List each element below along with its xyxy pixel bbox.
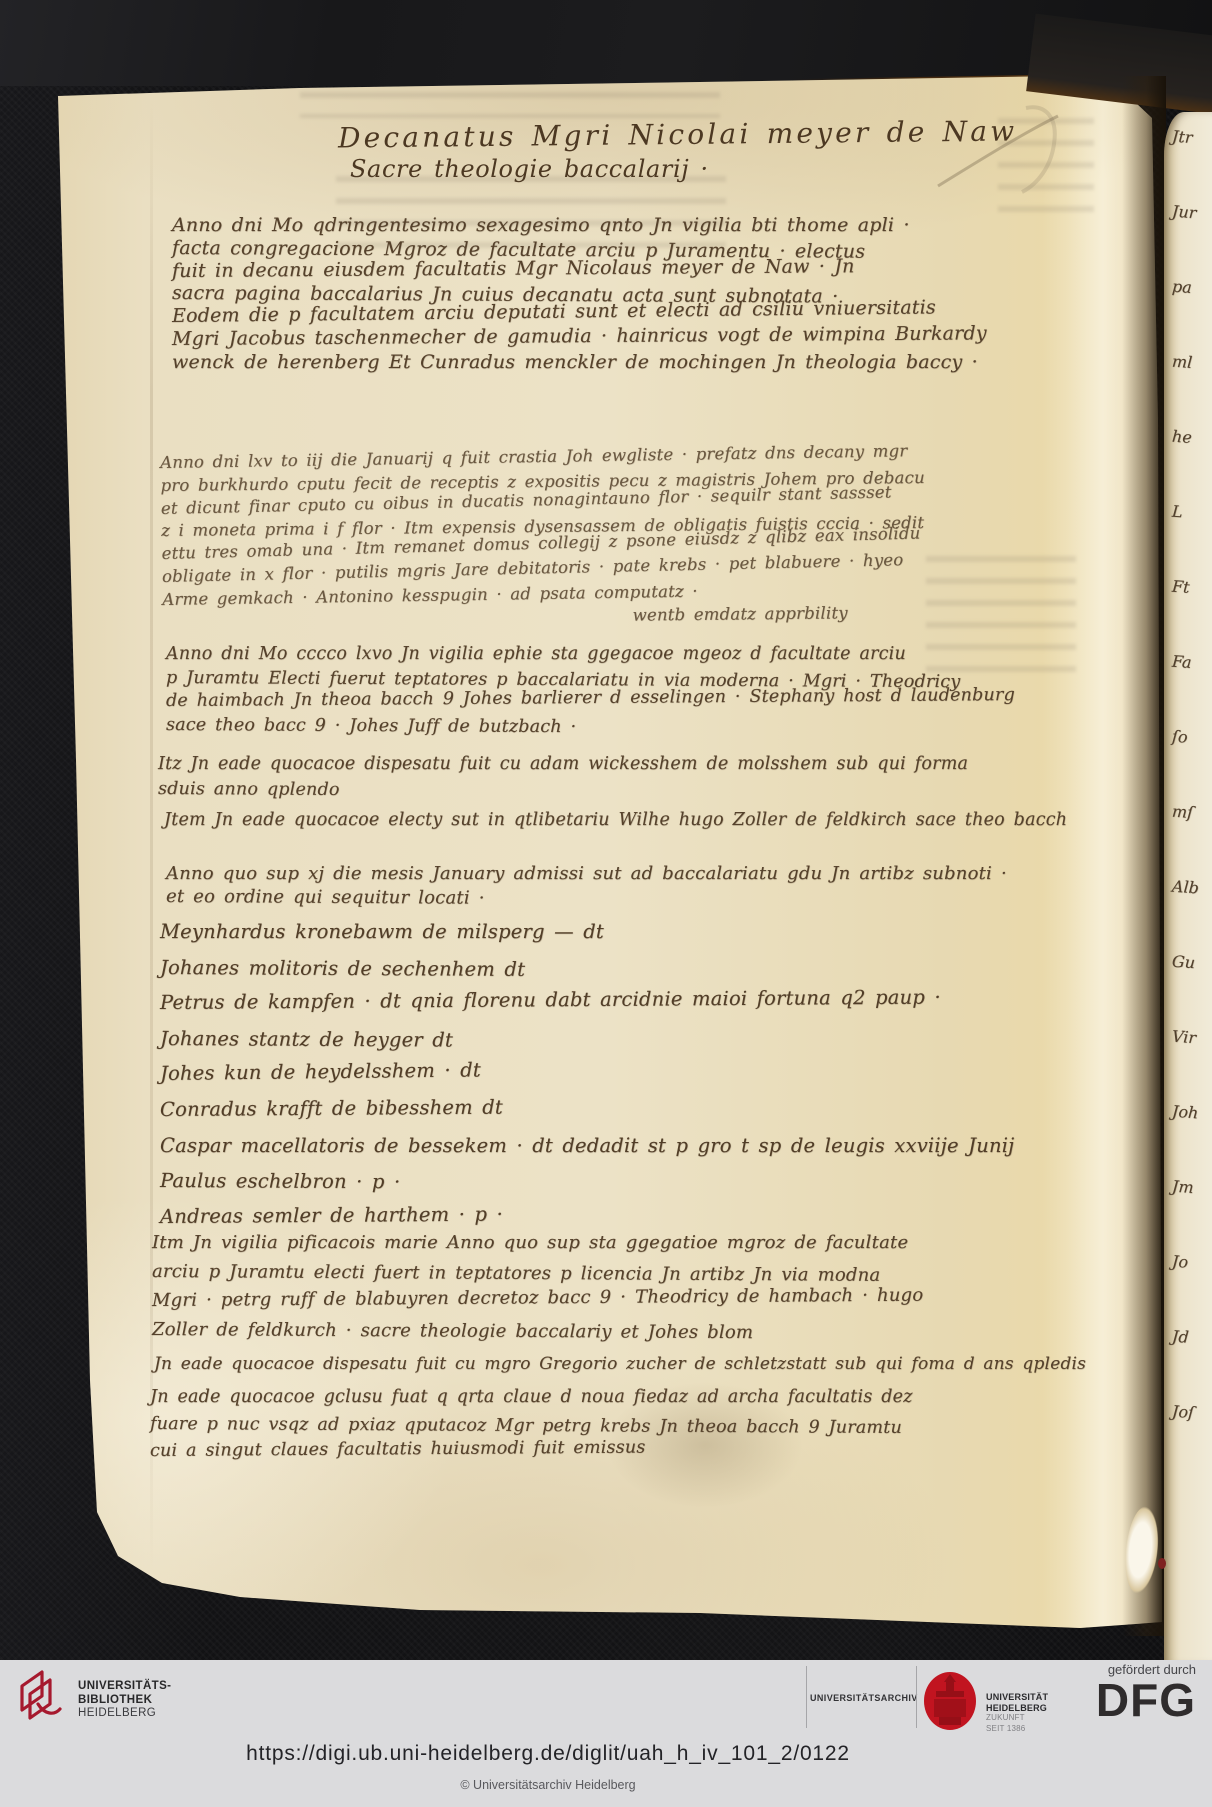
- page-gutter-shadow: [1122, 76, 1166, 1636]
- manuscript-line: wentb emdatz apprbility: [633, 601, 928, 627]
- manuscript-line: Jtem Jn eade quocacoe electy sut in qtli…: [164, 810, 1067, 830]
- manuscript-line: sduis anno qplendo: [158, 777, 968, 806]
- ub-text-line: HEIDELBERG: [78, 1707, 171, 1721]
- line-quodlibetarius: Jtem Jn eade quocacoe electy sut in qtli…: [164, 810, 1067, 830]
- heading-line: Sacre theologie baccalarij ·: [350, 155, 1017, 183]
- manuscript-line: Anno dni Mo qdringentesimo sexagesimo qn…: [172, 214, 987, 237]
- manuscript-heading: Decanatus Mgri Nicolai meyer de Naw Sacr…: [338, 118, 1017, 183]
- universitaetsarchiv-label: UNIVERSITÄTSARCHIV: [810, 1693, 914, 1703]
- paragraph-faculty-keys: Jn eade quocacoe gclusu fuat q qrta clau…: [150, 1384, 913, 1465]
- facing-page-text-fragment: Jd: [1171, 1327, 1212, 1349]
- manuscript-line: Anno dni Mo cccco lxvo Jn vigilia ephie …: [166, 643, 1015, 667]
- uni-heidelberg-wordmark: UNIVERSITÄT HEIDELBERG ZUKUNFT SEIT 1386: [986, 1692, 1048, 1734]
- footer-divider-right: [916, 1666, 917, 1728]
- manuscript-line: cui a singut claues facultatis huiusmodi…: [150, 1433, 913, 1465]
- manuscript-line: Itm Jn vigilia pificacois marie Anno quo…: [152, 1228, 923, 1257]
- line-gregorio-dispensation: Jn eade quocacoe dispesatu fuit cu mgro …: [154, 1354, 1086, 1374]
- ub-logo-text: UNIVERSITÄTS- BIBLIOTHEK HEIDELBERG: [78, 1666, 171, 1730]
- heading-line: Decanatus Mgri Nicolai meyer de Naw: [338, 114, 1018, 154]
- facing-page-text-fragment: Gu: [1171, 952, 1212, 974]
- uni-wordmark-line: HEIDELBERG: [986, 1703, 1048, 1714]
- facing-page-text-fragment: Jm: [1171, 1177, 1212, 1199]
- manuscript-line: fuit in decanu eiusdem facultatis Mgr Ni…: [172, 254, 987, 282]
- uni-wordmark-line: ZUKUNFT: [986, 1713, 1048, 1724]
- uni-wordmark-line: SEIT 1386: [986, 1724, 1048, 1735]
- manuscript-line: Mgri Jacobus taschenmecher de gamudia · …: [172, 322, 987, 350]
- facing-page-text-fragment: Fa: [1171, 652, 1212, 674]
- facing-page-text-fragment: ſo: [1171, 727, 1212, 749]
- list-entry: Meynhardus kronebawm de milsperg — dt: [160, 914, 1014, 950]
- ub-text-line: UNIVERSITÄTS-: [78, 1680, 171, 1694]
- manuscript-line: Anno quo sup xj die mesis January admiss…: [166, 862, 1007, 885]
- ub-heidelberg-logo: UNIVERSITÄTS- BIBLIOTHEK HEIDELBERG: [14, 1666, 171, 1730]
- list-entry: Caspar macellatoris de bessekem · dt ded…: [160, 1128, 1014, 1164]
- facing-page-text-fragment: Jur: [1171, 202, 1212, 224]
- show-through-text: [300, 92, 720, 118]
- ub-logo-icon: [14, 1666, 66, 1730]
- paragraph-purification: Itm Jn vigilia pificacois marie Anno quo…: [152, 1228, 923, 1344]
- manuscript-line: Itz Jn eade quocacoe dispesatu fuit cu a…: [158, 752, 968, 777]
- manuscript-line: sace theo bacc 9 · Johes Juff de butzbac…: [166, 714, 1015, 742]
- facing-page-text-fragment: Vir: [1171, 1027, 1212, 1049]
- list-entry: Conradus krafft de bibesshem dt: [160, 1086, 1015, 1128]
- manuscript-line: Jn eade quocacoe dispesatu fuit cu mgro …: [154, 1354, 1086, 1374]
- footer-divider-left: [806, 1666, 807, 1728]
- manuscript-line: Mgri · petrg ruff de blabuyren decretoz …: [152, 1281, 924, 1315]
- facing-page-fragments: JtrJurpamlheLFtFaſomſAlbGuVirJohJmJoJdJo…: [1172, 128, 1212, 1422]
- facing-page-edge: JtrJurpamlheLFtFaſomſAlbGuVirJohJmJoJdJo…: [1164, 112, 1212, 1664]
- facing-page-text-fragment: he: [1171, 427, 1212, 449]
- left-margin-crease: [150, 96, 153, 1576]
- manuscript-line: wenck de herenberg Et Cunradus menckler …: [172, 351, 987, 374]
- paragraph-admission: Anno quo sup xj die mesis January admiss…: [166, 862, 1007, 908]
- digitized-scan: Decanatus Mgri Nicolai meyer de Naw Sacr…: [0, 0, 1212, 1807]
- admitted-baccalaureates-list: Meynhardus kronebawm de milsperg — dtJoh…: [160, 914, 1014, 1234]
- facing-page-text-fragment: Ft: [1171, 577, 1212, 599]
- red-ink-speck: [1158, 1558, 1166, 1569]
- list-entry: Petrus de kampfen · dt qnia florenu dabt…: [160, 979, 1015, 1021]
- parchment-page: Decanatus Mgri Nicolai meyer de Naw Sacr…: [0, 0, 1212, 1807]
- manuscript-line: de haimbach Jn theoa bacch 9 Johes barli…: [166, 684, 1015, 713]
- paragraph-dispensation: Itz Jn eade quocacoe dispesatu fuit cu a…: [158, 752, 968, 802]
- footer-bar: UNIVERSITÄTS- BIBLIOTHEK HEIDELBERG UNIV…: [0, 1660, 1212, 1807]
- paragraph-accounts: Anno dni lxv to iij die Januarij q fuit …: [160, 440, 927, 634]
- facing-page-text-fragment: Jo: [1171, 1252, 1212, 1274]
- dfg-funding-block: gefördert durch DFG: [1096, 1662, 1196, 1722]
- facing-page-text-fragment: L: [1171, 502, 1212, 524]
- uni-wordmark-line: UNIVERSITÄT: [986, 1692, 1048, 1703]
- copyright-note: © Universitätsarchiv Heidelberg: [0, 1778, 1154, 1792]
- dfg-logo: DFG: [1096, 1678, 1196, 1722]
- university-seal: [922, 1670, 978, 1732]
- facing-page-text-fragment: Joh: [1171, 1102, 1212, 1124]
- scan-url: https://digi.ub.uni-heidelberg.de/diglit…: [0, 1742, 1154, 1766]
- facing-page-text-fragment: Joſ: [1171, 1402, 1212, 1424]
- ub-text-line: BIBLIOTHEK: [78, 1694, 171, 1708]
- facing-page-text-fragment: pa: [1171, 277, 1212, 299]
- paragraph-election-1465: Anno dni Mo qdringentesimo sexagesimo qn…: [172, 214, 987, 374]
- manuscript-line: et eo ordine qui sequitur locati ·: [166, 885, 1007, 912]
- manuscript-line: Zoller de feldkurch · sacre theologie ba…: [152, 1315, 924, 1348]
- facing-page-text-fragment: mſ: [1171, 802, 1212, 824]
- paragraph-epiphany-examiners: Anno dni Mo cccco lxvo Jn vigilia ephie …: [166, 643, 1015, 737]
- facing-page-text-fragment: Jtr: [1171, 127, 1212, 149]
- facing-page-text-fragment: ml: [1171, 352, 1212, 374]
- facing-page-text-fragment: Alb: [1171, 877, 1212, 899]
- manuscript-line: Jn eade quocacoe gclusu fuat q qrta clau…: [150, 1384, 913, 1411]
